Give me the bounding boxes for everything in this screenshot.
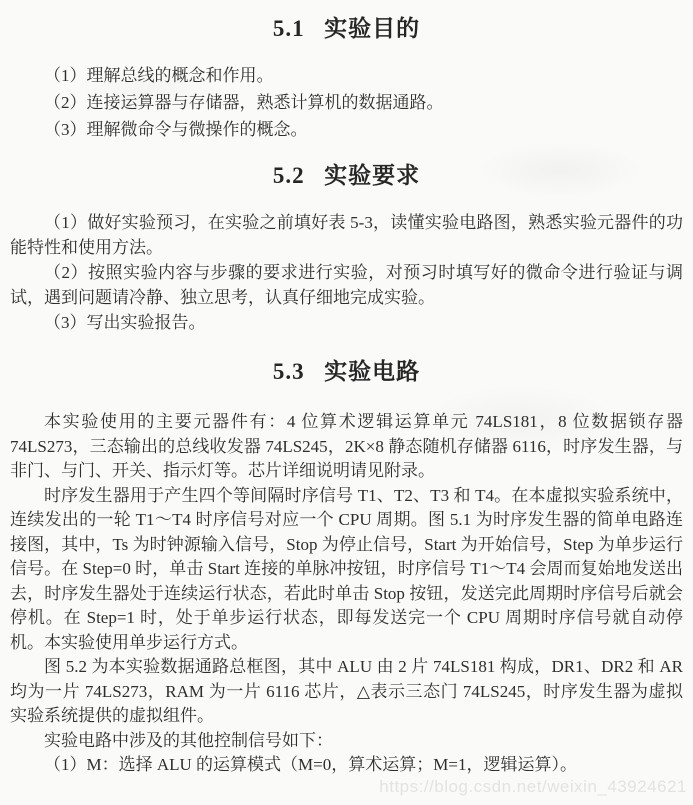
section-number: 5.1	[273, 16, 305, 41]
section-title: 实验要求	[324, 163, 420, 188]
paragraph-signal-m: （1）M：选择 ALU 的运算模式（M=0，算术运算；M=1，逻辑运算）。	[10, 753, 683, 778]
section-title: 实验电路	[324, 359, 420, 384]
paragraph-components: 本实验使用的主要元器件有：4 位算术逻辑运算单元 74LS181，8 位数据锁存…	[10, 410, 683, 484]
section-heading-5-3: 5.3实验电路	[10, 356, 683, 388]
list-item-2: （2）按照实验内容与步骤的要求进行实验，对预习时填写好的微命令进行验证与调试，遇…	[10, 260, 683, 310]
document-page: 5.1实验目的 （1）理解总线的概念和作用。 （2）连接运算器与存储器，熟悉计算…	[0, 0, 693, 805]
list-item-3: （3）理解微命令与微操作的概念。	[10, 116, 683, 143]
section-heading-5-1: 5.1实验目的	[10, 13, 683, 45]
section-5-3-body: 本实验使用的主要元器件有：4 位算术逻辑运算单元 74LS181，8 位数据锁存…	[10, 410, 683, 778]
section-5-2-body: （1）做好实验预习，在实验之前填好表 5-3，读懂实验电路图，熟悉实验元器件的功…	[10, 210, 683, 335]
list-item-2: （2）连接运算器与存储器，熟悉计算机的数据通路。	[10, 89, 683, 116]
list-item-1: （1）理解总线的概念和作用。	[10, 62, 683, 89]
section-title: 实验目的	[324, 16, 420, 41]
paragraph-datapath-figure: 图 5.2 为本实验数据通路总框图，其中 ALU 由 2 片 74LS181 构…	[10, 655, 683, 729]
section-number: 5.2	[273, 163, 305, 188]
list-item-3: （3）写出实验报告。	[10, 310, 683, 335]
paragraph-timing-generator: 时序发生器用于产生四个等间隔时序信号 T1、T2、T3 和 T4。在本虚拟实验系…	[10, 484, 683, 656]
paragraph-control-signals-intro: 实验电路中涉及的其他控制信号如下：	[10, 729, 683, 754]
section-heading-5-2: 5.2实验要求	[10, 160, 683, 192]
watermark-url: https://blog.csdn.net/weixin_43924621	[379, 777, 687, 797]
section-5-1-body: （1）理解总线的概念和作用。 （2）连接运算器与存储器，熟悉计算机的数据通路。 …	[10, 62, 683, 143]
section-number: 5.3	[273, 359, 305, 384]
list-item-1: （1）做好实验预习，在实验之前填好表 5-3，读懂实验电路图，熟悉实验元器件的功…	[10, 210, 683, 260]
